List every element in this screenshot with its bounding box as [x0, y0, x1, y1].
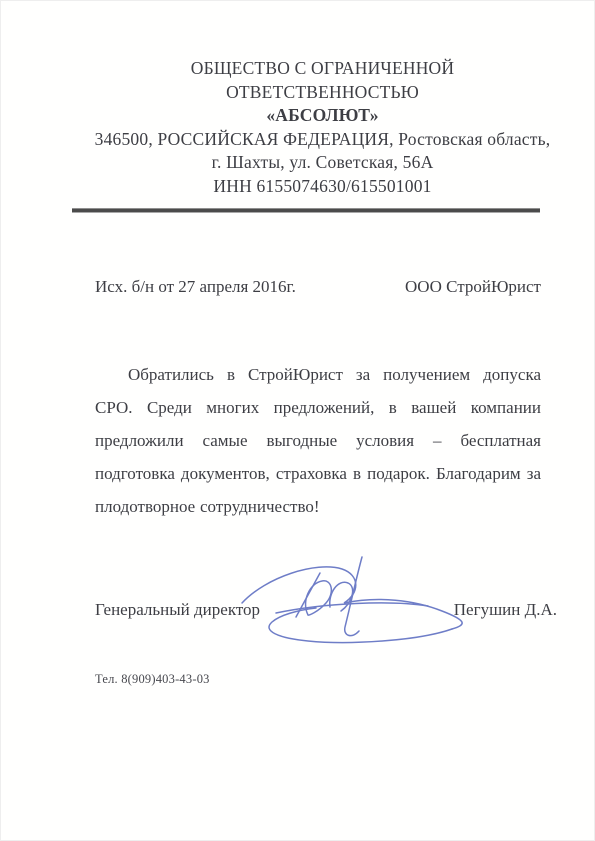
- signer-title: Генеральный директор: [95, 599, 260, 621]
- org-inn-line: ИНН 6155074630/615501001: [50, 175, 595, 199]
- addressee: ООО СтройЮрист: [405, 276, 541, 298]
- org-name-line-2: ОТВЕТСТВЕННОСТЬЮ: [50, 81, 595, 105]
- letterhead: ОБЩЕСТВО С ОГРАНИЧЕННОЙ ОТВЕТСТВЕННОСТЬЮ…: [50, 57, 595, 198]
- letterhead-divider-rule: [72, 208, 540, 213]
- letter-body-paragraph: Обратились в СтройЮрист за получением до…: [95, 358, 541, 523]
- org-name-line-1: ОБЩЕСТВО С ОГРАНИЧЕННОЙ: [50, 57, 595, 81]
- org-short-name: «АБСОЛЮТ»: [50, 104, 595, 128]
- scanned-letter-page: ОБЩЕСТВО С ОГРАНИЧЕННОЙ ОТВЕТСТВЕННОСТЬЮ…: [0, 0, 595, 841]
- handwritten-signature-icon: [238, 551, 478, 653]
- org-address-line-2: г. Шахты, ул. Советская, 56А: [50, 151, 595, 175]
- org-address-line-1: 346500, РОССИЙСКАЯ ФЕДЕРАЦИЯ, Ростовская…: [50, 128, 595, 152]
- reference-row: Исх. б/н от 27 апреля 2016г. ООО СтройЮр…: [95, 276, 541, 298]
- outgoing-number: Исх. б/н от 27 апреля 2016г.: [95, 276, 296, 298]
- footer-phone: Тел. 8(909)403-43-03: [95, 672, 210, 687]
